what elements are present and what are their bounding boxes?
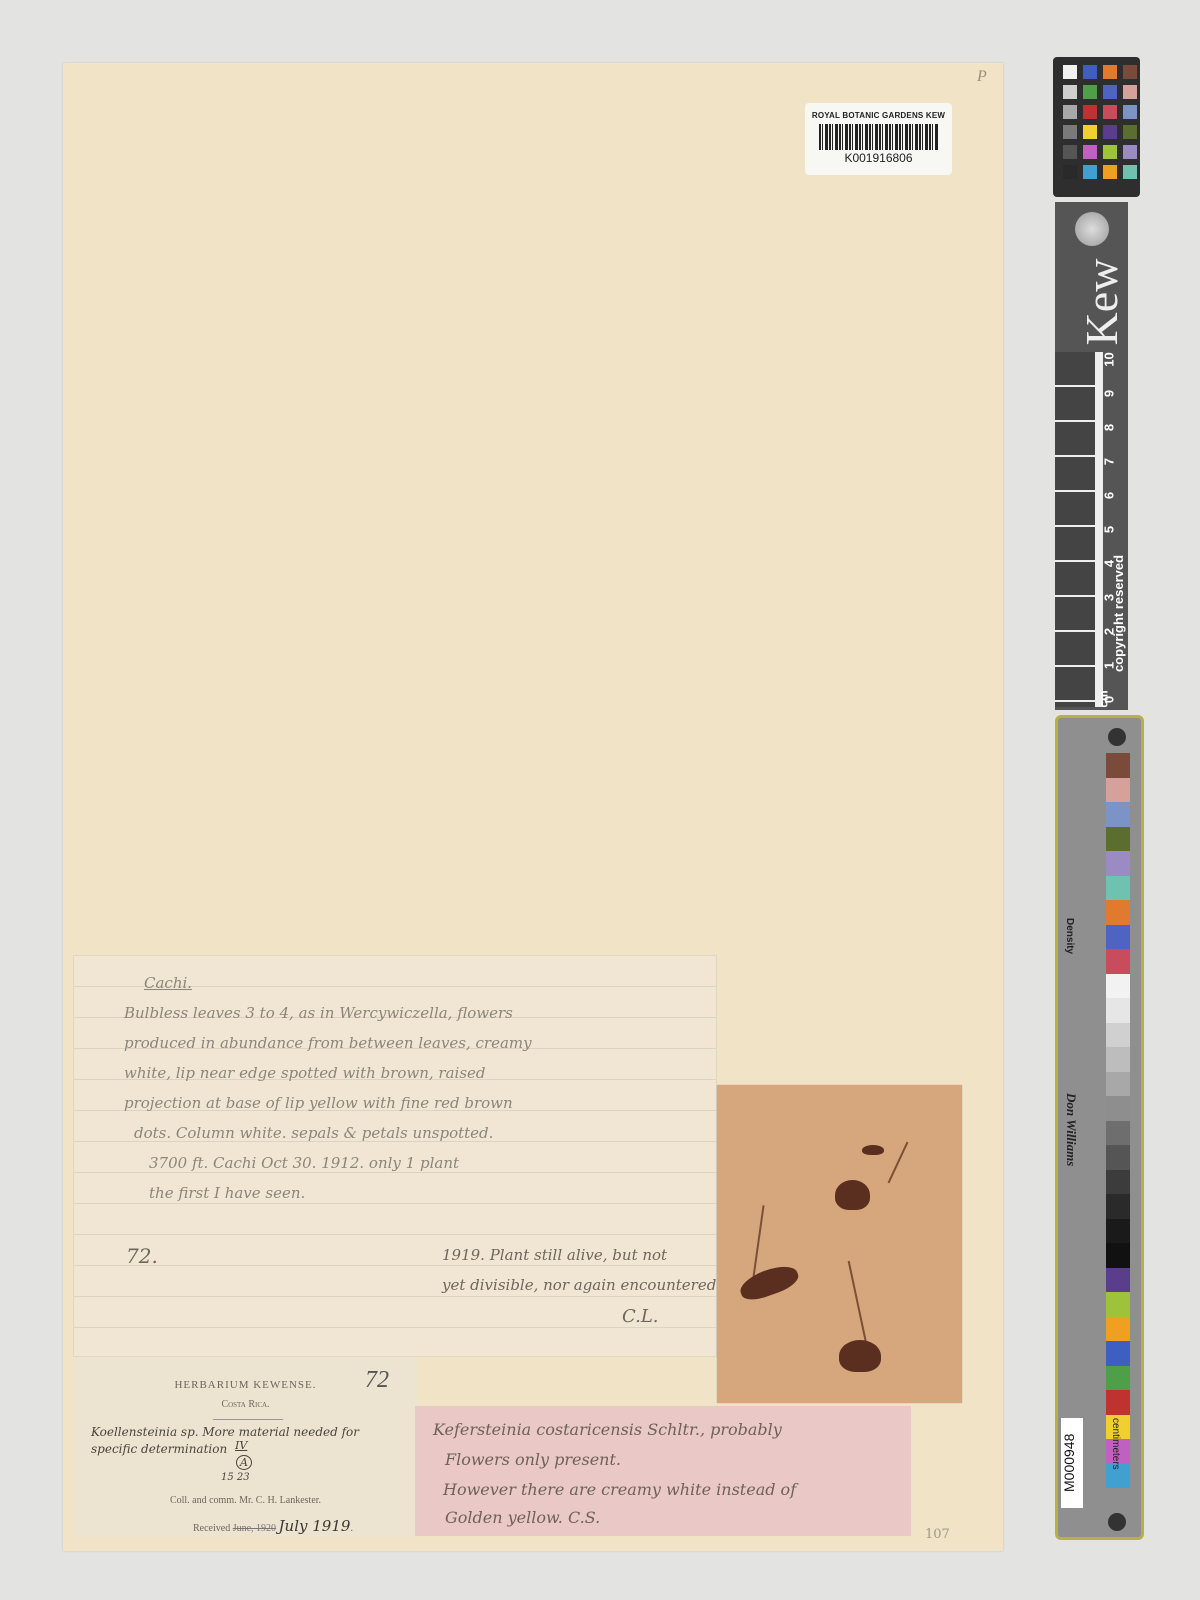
- note-line: dots. Column white. sepals & petals unsp…: [134, 1124, 493, 1142]
- note-number: 72.: [126, 1244, 158, 1268]
- color-patches: [1106, 753, 1130, 1488]
- corner-mark: P: [977, 68, 987, 86]
- color-patch: [1106, 827, 1130, 852]
- scale-tick-label: 9: [1102, 384, 1117, 404]
- received-line: Received June, 1920 July 1919.: [193, 1517, 353, 1535]
- color-target-strip: inches Density Don Williams M000948 cent…: [1055, 715, 1144, 1540]
- dried-flower: [839, 1340, 881, 1372]
- color-swatch: [1083, 65, 1097, 79]
- color-patch: [1106, 1292, 1130, 1317]
- color-patch: [1106, 974, 1130, 999]
- note-line: Bulbless leaves 3 to 4, as in Wercywicze…: [124, 1004, 513, 1022]
- fraction-mark: 15 23: [221, 1472, 250, 1483]
- color-patch: [1106, 1341, 1130, 1366]
- color-swatch: [1063, 145, 1077, 159]
- color-patch: [1106, 998, 1130, 1023]
- specimen-packet: [717, 1085, 962, 1403]
- note-initials: C.L.: [622, 1306, 659, 1327]
- color-patch: [1106, 1317, 1130, 1342]
- color-patch: [1106, 1366, 1130, 1391]
- note-line: produced in abundance from between leave…: [124, 1034, 532, 1052]
- scale-tick-label: 8: [1102, 418, 1117, 438]
- note-line: white, lip near edge spotted with brown,…: [124, 1064, 486, 1082]
- received-suffix: .: [350, 1523, 353, 1534]
- barcode-label: ROYAL BOTANIC GARDENS KEW K001916806: [805, 103, 952, 175]
- color-swatch: [1123, 65, 1137, 79]
- note-line: projection at base of lip yellow with fi…: [124, 1094, 513, 1112]
- color-patch: [1106, 1023, 1130, 1048]
- color-swatch: [1123, 165, 1137, 179]
- label-number: 72: [365, 1367, 389, 1394]
- color-patch: [1106, 1390, 1130, 1415]
- barcode-bars: [819, 124, 938, 150]
- color-swatch: [1123, 125, 1137, 139]
- slip-line: Golden yellow. C.S.: [445, 1508, 600, 1527]
- target-brand: Don Williams: [1063, 1093, 1079, 1166]
- color-swatch: [1063, 165, 1077, 179]
- target-id: M000948: [1061, 1418, 1083, 1508]
- color-patch: [1106, 1194, 1130, 1219]
- color-swatch: [1103, 145, 1117, 159]
- color-swatch: [1123, 145, 1137, 159]
- color-patch: [1106, 876, 1130, 901]
- slip-line: Kefersteinia costaricensis Schltr., prob…: [433, 1420, 782, 1439]
- color-swatch: [1063, 85, 1077, 99]
- note-line: the first I have seen.: [149, 1184, 305, 1202]
- barcode-institution: ROYAL BOTANIC GARDENS KEW: [805, 111, 952, 120]
- slip-line: However there are creamy white instead o…: [443, 1480, 796, 1499]
- color-patch: [1106, 1096, 1130, 1121]
- collector-line: Coll. and comm. Mr. C. H. Lankester.: [73, 1495, 418, 1506]
- later-note-line: yet divisible, nor again encountered: [442, 1276, 716, 1294]
- later-note-line: 1919. Plant still alive, but not: [442, 1246, 667, 1264]
- color-patch: [1106, 1268, 1130, 1293]
- copyright-text: copyright reserved: [1111, 512, 1126, 672]
- flower-stem: [888, 1142, 909, 1184]
- label-region: Costa Rica.: [73, 1399, 418, 1410]
- received-struck: June, 1920: [233, 1523, 276, 1534]
- dried-flower: [737, 1260, 802, 1304]
- kew-logo: Kew: [1075, 252, 1125, 352]
- color-patch: [1106, 1047, 1130, 1072]
- kew-crest-icon: [1075, 212, 1109, 246]
- received-prefix: Received: [193, 1523, 230, 1534]
- color-swatch: [1103, 125, 1117, 139]
- slip-line: Flowers only present.: [445, 1450, 621, 1469]
- hole-icon: [1108, 1513, 1126, 1531]
- centimeters-label: centimeters: [1110, 1418, 1121, 1470]
- determination-slip: Kefersteinia costaricensis Schltr., prob…: [415, 1406, 911, 1536]
- scale-tick-label: 7: [1102, 452, 1117, 472]
- color-patch: [1106, 1145, 1130, 1170]
- determination-line: specific determination: [91, 1442, 227, 1456]
- color-patch: [1106, 925, 1130, 950]
- color-swatch: [1103, 65, 1117, 79]
- color-swatch: [1103, 85, 1117, 99]
- color-patch: [1106, 1243, 1130, 1268]
- color-swatch: [1103, 105, 1117, 119]
- color-patch: [1106, 1121, 1130, 1146]
- color-patch: [1106, 900, 1130, 925]
- received-date: July 1919: [279, 1517, 351, 1535]
- color-swatch: [1103, 165, 1117, 179]
- color-swatch: [1123, 85, 1137, 99]
- color-patch: [1106, 949, 1130, 974]
- color-swatch: [1083, 165, 1097, 179]
- kew-scale-bar: Kew 012345678910 copyright reserved cm: [1055, 202, 1128, 710]
- scale-ticks: [1055, 352, 1103, 707]
- color-patch: [1106, 1170, 1130, 1195]
- color-swatch: [1083, 145, 1097, 159]
- circle-mark: A: [236, 1455, 252, 1470]
- note-line: 3700 ft. Cachi Oct 30. 1912. only 1 plan…: [149, 1154, 459, 1172]
- color-swatch: [1083, 125, 1097, 139]
- color-patch: [1106, 1219, 1130, 1244]
- scale-unit: cm: [1097, 690, 1111, 707]
- page-number: 107: [925, 1527, 950, 1542]
- herbarium-label: HERBARIUM KEWENSE. Costa Rica. 72 Koelle…: [73, 1357, 418, 1537]
- color-patch: [1106, 753, 1130, 778]
- flower-fragment: [862, 1145, 884, 1155]
- barcode-number: K001916806: [805, 151, 952, 165]
- label-divider: [213, 1419, 283, 1420]
- color-patch: [1106, 802, 1130, 827]
- roman-numeral: IV: [235, 1439, 247, 1452]
- flower-stem: [848, 1261, 869, 1349]
- determination-line: Koellensteinia sp. More material needed …: [91, 1425, 359, 1439]
- field-note-card: Cachi. Bulbless leaves 3 to 4, as in Wer…: [73, 955, 717, 1357]
- density-label: Density: [1064, 918, 1075, 954]
- color-swatch: [1083, 105, 1097, 119]
- dried-flower: [835, 1180, 870, 1210]
- color-swatch: [1123, 105, 1137, 119]
- color-swatch: [1083, 85, 1097, 99]
- hole-icon: [1108, 728, 1126, 746]
- color-patch: [1106, 851, 1130, 876]
- color-checker-card: [1053, 57, 1140, 197]
- scale-tick-label: 6: [1102, 486, 1117, 506]
- color-swatch: [1063, 65, 1077, 79]
- note-heading: Cachi.: [144, 974, 192, 992]
- color-swatch: [1063, 105, 1077, 119]
- color-swatch: [1063, 125, 1077, 139]
- color-patch: [1106, 778, 1130, 803]
- color-patch: [1106, 1072, 1130, 1097]
- scale-tick-label: 10: [1102, 350, 1117, 370]
